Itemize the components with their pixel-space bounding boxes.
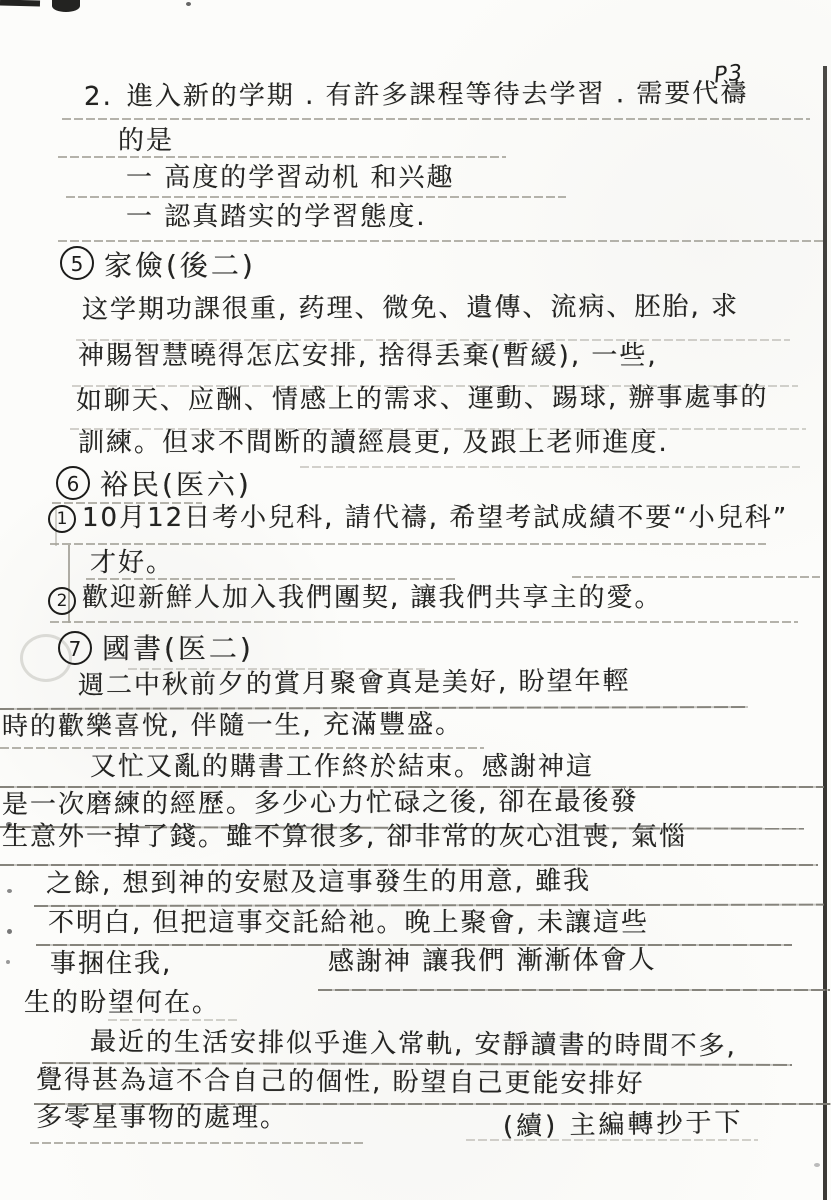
- section-number: 7: [69, 637, 82, 661]
- ruled-line: [300, 466, 800, 468]
- handwritten-line-s7-p2b: 是一次磨練的經歷。多少心力忙碌之後, 卻在最後發: [2, 788, 639, 821]
- section-number-circle: 5: [60, 246, 94, 280]
- scanned-handwritten-page: P3 2.進入新的学期 . 有許多課程等待去学習 . 需要代禱 的是 一 高度的…: [0, 0, 831, 1200]
- scan-speck: [6, 960, 10, 964]
- handwritten-line-s7-p2f-right: 感謝神 讓我們 漸漸体會人: [328, 946, 657, 978]
- scan-speck: [7, 929, 12, 934]
- section-title: 家儉(後二): [104, 250, 256, 282]
- item-number: 2: [57, 591, 68, 611]
- handwritten-line-s5-4: 訓練。但求不間断的讀經晨更, 及跟上老师進度.: [78, 429, 669, 459]
- scan-speck: [7, 889, 12, 893]
- section-title: 國書(医二): [102, 633, 254, 665]
- handwritten-line-s7-p3a: 最近的生活安排似乎進入常軌, 安靜讀書的時間不多,: [90, 1028, 737, 1062]
- ruled-line: [318, 989, 830, 991]
- handwritten-line-s7-p1b: 時的歡樂喜悅, 伴隨一生, 充滿豐盛。: [2, 711, 463, 743]
- handwritten-line-s6-i1a: 10月12日考小兒科, 請代禱, 希望考試成績不要“小兒科”: [82, 504, 788, 534]
- handwritten-line-s7-p2e: 不明白, 但把這事交託給祂。晚上聚會, 未讓這些: [48, 909, 649, 939]
- handwritten-line-item2-1: 2.進入新的学期 . 有許多課程等待去学習 . 需要代禱: [84, 80, 749, 113]
- handwritten-bullet-2: 一 認真踏实的学習態度.: [126, 203, 427, 233]
- handwritten-line-item2-2: 的是: [118, 127, 174, 157]
- handwritten-line-s6-i2: 歡迎新鮮人加入我們團契, 讓我們共享主的愛。: [82, 584, 663, 614]
- item-number-circle: 2: [48, 587, 76, 615]
- handwritten-line-s7-p2g: 生的盼望何在。: [24, 989, 220, 1019]
- section-number: 5: [71, 252, 84, 276]
- ruled-line: [34, 904, 824, 907]
- handwritten-line-s5-1: 这学期功課很重, 药理、微免、遺傳、流病、胚胎, 求: [82, 293, 739, 326]
- handwritten-line-s7-p1a: 週二中秋前夕的賞月聚會真是美好, 盼望年輕: [78, 667, 631, 702]
- handwritten-line-s6-i1b: 才好。: [90, 549, 174, 579]
- scan-speck: [814, 1163, 820, 1167]
- scan-speck: [186, 2, 191, 6]
- ruled-line: [0, 747, 484, 749]
- ruled-line: [66, 196, 566, 198]
- scan-smudge: [52, 0, 80, 12]
- ruled-line: [62, 118, 810, 120]
- ruled-line: [50, 543, 766, 545]
- line-text: 進入新的学期 . 有許多課程等待去学習 . 需要代禱: [127, 79, 749, 112]
- ruled-line: [58, 240, 826, 242]
- scan-smudge: [0, 0, 40, 7]
- page-edge-shadow: [823, 66, 827, 1200]
- handwritten-bullet-1: 一 高度的学習动机 和兴趣: [126, 164, 455, 194]
- section-number: 6: [67, 472, 80, 496]
- ruled-line: [0, 864, 818, 866]
- handwritten-line-s7-p3b: 覺得甚為這不合自己的個性, 盼望自己更能安排好: [36, 1066, 645, 1100]
- section-title: 裕民(医六): [100, 469, 252, 501]
- section-number-circle: 7: [58, 631, 92, 665]
- section-number-circle: 6: [56, 466, 90, 500]
- handwritten-line-s7-p3c: 多零星事物的處理。: [36, 1104, 288, 1134]
- handwritten-line-s5-3: 如聊天、应酬、情感上的需求、運動、踢球, 辦事處事的: [76, 383, 769, 417]
- ruled-line: [30, 1142, 365, 1144]
- ruled-line: [108, 1019, 238, 1021]
- list-number: 2.: [84, 83, 113, 113]
- handwritten-line-s7-p2a: 又忙又亂的購書工作終於結束。感謝神這: [90, 753, 594, 783]
- item-number: 1: [57, 509, 68, 529]
- continuation-note: (續) 主編轉抄于下: [503, 1109, 744, 1143]
- handwritten-line-s7-p2c: 生意外一掉了錢。雖不算很多, 卻非常的灰心沮喪, 氣惱: [2, 823, 687, 853]
- ruled-line: [572, 576, 820, 578]
- item-number-circle: 1: [48, 505, 76, 533]
- ruled-line: [50, 621, 798, 623]
- handwritten-line-s5-2: 神賜智慧曉得怎広安排, 捨得丢棄(暫緩), 一些,: [78, 342, 658, 372]
- handwritten-line-s7-p2f-left: 事捆住我,: [50, 950, 172, 980]
- handwritten-line-s7-p2d: 之餘, 想到神的安慰及這事發生的用意, 雖我: [46, 867, 591, 900]
